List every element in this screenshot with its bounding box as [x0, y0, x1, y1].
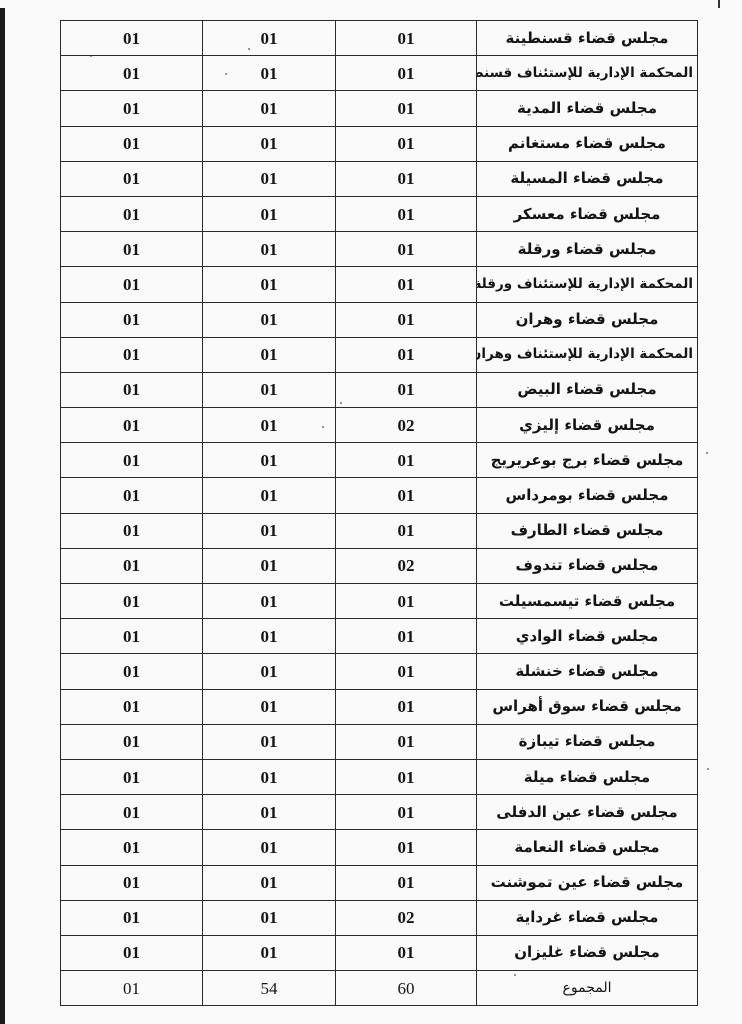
court-name-cell: مجلس قضاء عين تموشنت: [477, 865, 698, 900]
total-label-cell: المجموع: [477, 971, 698, 1006]
value-cell-col2: 01: [203, 619, 336, 654]
court-name-cell: مجلس قضاء قسنطينة: [477, 21, 698, 56]
value-cell-col1: 01: [61, 232, 203, 267]
value-cell-col3: 01: [336, 689, 477, 724]
court-name-cell: مجلس قضاء المسيلة: [477, 161, 698, 196]
court-name-cell: مجلس قضاء إليزي: [477, 408, 698, 443]
table-row: 010101مجلس قضاء المسيلة: [61, 161, 698, 196]
table-row: 010101مجلس قضاء تيبازة: [61, 724, 698, 759]
value-cell-col3: 02: [336, 548, 477, 583]
value-cell-col3: 01: [336, 337, 477, 372]
table-row: 010101مجلس قضاء ورقلة: [61, 232, 698, 267]
value-cell-col1: 01: [61, 161, 203, 196]
court-name-cell: مجلس قضاء خنشلة: [477, 654, 698, 689]
table-row: 010101المحكمة الإدارية للإستئناف ورقلة: [61, 267, 698, 302]
value-cell-col1: 01: [61, 126, 203, 161]
value-cell-col1: 01: [61, 865, 203, 900]
value-cell-col1: 01: [61, 830, 203, 865]
value-cell-col2: 01: [203, 478, 336, 513]
value-cell-col2: 01: [203, 21, 336, 56]
value-cell-col2: 01: [203, 513, 336, 548]
court-name-cell: مجلس قضاء بومرداس: [477, 478, 698, 513]
value-cell-col2: 01: [203, 196, 336, 231]
value-cell-col3: 60: [336, 971, 477, 1006]
table-row: 010101مجلس قضاء بومرداس: [61, 478, 698, 513]
value-cell-col3: 01: [336, 21, 477, 56]
value-cell-col1: 01: [61, 689, 203, 724]
value-cell-col3: 01: [336, 584, 477, 619]
value-cell-col2: 01: [203, 795, 336, 830]
court-name-cell: مجلس قضاء المدية: [477, 91, 698, 126]
value-cell-col2: 01: [203, 408, 336, 443]
table-row: 010101مجلس قضاء خنشلة: [61, 654, 698, 689]
court-name-cell: مجلس قضاء ورقلة: [477, 232, 698, 267]
table-row: 010101مجلس قضاء الطارف: [61, 513, 698, 548]
value-cell-col3: 01: [336, 56, 477, 91]
value-cell-col3: 01: [336, 830, 477, 865]
value-cell-col3: 02: [336, 900, 477, 935]
table-row: 010101مجلس قضاء عين الدفلى: [61, 795, 698, 830]
scan-speck: [707, 768, 709, 770]
value-cell-col1: 01: [61, 548, 203, 583]
court-name-cell: مجلس قضاء برج بوعريريج: [477, 443, 698, 478]
value-cell-col1: 01: [61, 654, 203, 689]
table-body: 010101مجلس قضاء قسنطينة010101المحكمة الإ…: [61, 21, 698, 1006]
value-cell-col2: 01: [203, 865, 336, 900]
value-cell-col2: 01: [203, 759, 336, 794]
value-cell-col1: 01: [61, 619, 203, 654]
value-cell-col2: 01: [203, 900, 336, 935]
table-row: 010102مجلس قضاء إليزي: [61, 408, 698, 443]
value-cell-col1: 01: [61, 56, 203, 91]
court-name-cell: مجلس قضاء الوادي: [477, 619, 698, 654]
value-cell-col2: 01: [203, 126, 336, 161]
value-cell-col1: 01: [61, 513, 203, 548]
table-row: 010101مجلس قضاء سوق أهراس: [61, 689, 698, 724]
value-cell-col2: 01: [203, 161, 336, 196]
table-row: 010101المحكمة الإدارية للإستئناف وهران: [61, 337, 698, 372]
value-cell-col1: 01: [61, 372, 203, 407]
value-cell-col3: 02: [336, 408, 477, 443]
value-cell-col1: 01: [61, 91, 203, 126]
value-cell-col2: 01: [203, 830, 336, 865]
table-row: 010101المحكمة الإدارية للإستئناف قسنطينة: [61, 56, 698, 91]
value-cell-col2: 01: [203, 654, 336, 689]
value-cell-col1: 01: [61, 196, 203, 231]
value-cell-col2: 01: [203, 689, 336, 724]
table-row: 010102مجلس قضاء تندوف: [61, 548, 698, 583]
value-cell-col2: 01: [203, 267, 336, 302]
table-row: 010101مجلس قضاء عين تموشنت: [61, 865, 698, 900]
scan-edge-shadow: [0, 8, 5, 1024]
value-cell-col1: 01: [61, 795, 203, 830]
value-cell-col1: 01: [61, 478, 203, 513]
court-name-cell: المحكمة الإدارية للإستئناف وهران: [477, 337, 698, 372]
value-cell-col2: 54: [203, 971, 336, 1006]
value-cell-col1: 01: [61, 267, 203, 302]
value-cell-col2: 01: [203, 302, 336, 337]
value-cell-col3: 01: [336, 91, 477, 126]
value-cell-col3: 01: [336, 654, 477, 689]
value-cell-col1: 01: [61, 584, 203, 619]
value-cell-col3: 01: [336, 513, 477, 548]
value-cell-col2: 01: [203, 91, 336, 126]
court-name-cell: مجلس قضاء تندوف: [477, 548, 698, 583]
value-cell-col2: 01: [203, 443, 336, 478]
table-row: 010102مجلس قضاء غرداية: [61, 900, 698, 935]
table-row: 010101مجلس قضاء المدية: [61, 91, 698, 126]
value-cell-col3: 01: [336, 196, 477, 231]
value-cell-col3: 01: [336, 443, 477, 478]
table-row: 010101مجلس قضاء تيسمسيلت: [61, 584, 698, 619]
value-cell-col1: 01: [61, 724, 203, 759]
court-name-cell: مجلس قضاء النعامة: [477, 830, 698, 865]
value-cell-col3: 01: [336, 935, 477, 970]
court-name-cell: مجلس قضاء عين الدفلى: [477, 795, 698, 830]
table-row: 010101مجلس قضاء مستغانم: [61, 126, 698, 161]
table-row: 010101مجلس قضاء معسكر: [61, 196, 698, 231]
value-cell-col3: 01: [336, 619, 477, 654]
court-name-cell: مجلس قضاء تيسمسيلت: [477, 584, 698, 619]
value-cell-col3: 01: [336, 267, 477, 302]
court-name-cell: مجلس قضاء غليزان: [477, 935, 698, 970]
value-cell-col3: 01: [336, 865, 477, 900]
court-name-cell: مجلس قضاء ميلة: [477, 759, 698, 794]
value-cell-col3: 01: [336, 126, 477, 161]
value-cell-col3: 01: [336, 478, 477, 513]
table-row: 010101مجلس قضاء برج بوعريريج: [61, 443, 698, 478]
court-name-cell: المحكمة الإدارية للإستئناف ورقلة: [477, 267, 698, 302]
value-cell-col2: 01: [203, 548, 336, 583]
value-cell-col1: 01: [61, 408, 203, 443]
value-cell-col1: 01: [61, 900, 203, 935]
scan-speck: [706, 452, 708, 454]
value-cell-col1: 01: [61, 337, 203, 372]
court-name-cell: مجلس قضاء الطارف: [477, 513, 698, 548]
value-cell-col1: 01: [61, 971, 203, 1006]
value-cell-col2: 01: [203, 232, 336, 267]
value-cell-col3: 01: [336, 759, 477, 794]
value-cell-col1: 01: [61, 302, 203, 337]
scan-mark: [718, 0, 720, 8]
table-row: 010101مجلس قضاء قسنطينة: [61, 21, 698, 56]
court-name-cell: مجلس قضاء وهران: [477, 302, 698, 337]
value-cell-col2: 01: [203, 584, 336, 619]
court-name-cell: المحكمة الإدارية للإستئناف قسنطينة: [477, 56, 698, 91]
court-name-cell: مجلس قضاء معسكر: [477, 196, 698, 231]
value-cell-col1: 01: [61, 443, 203, 478]
value-cell-col2: 01: [203, 724, 336, 759]
value-cell-col3: 01: [336, 161, 477, 196]
court-name-cell: مجلس قضاء البيض: [477, 372, 698, 407]
value-cell-col1: 01: [61, 935, 203, 970]
table-total-row: 015460المجموع: [61, 971, 698, 1006]
table-row: 010101مجلس قضاء ميلة: [61, 759, 698, 794]
value-cell-col2: 01: [203, 56, 336, 91]
table-row: 010101مجلس قضاء النعامة: [61, 830, 698, 865]
value-cell-col3: 01: [336, 302, 477, 337]
court-name-cell: مجلس قضاء مستغانم: [477, 126, 698, 161]
table-row: 010101مجلس قضاء الوادي: [61, 619, 698, 654]
court-name-cell: مجلس قضاء سوق أهراس: [477, 689, 698, 724]
court-name-cell: مجلس قضاء غرداية: [477, 900, 698, 935]
value-cell-col3: 01: [336, 232, 477, 267]
courts-table: 010101مجلس قضاء قسنطينة010101المحكمة الإ…: [60, 20, 698, 1006]
table-row: 010101مجلس قضاء وهران: [61, 302, 698, 337]
value-cell-col2: 01: [203, 372, 336, 407]
table-row: 010101مجلس قضاء غليزان: [61, 935, 698, 970]
value-cell-col2: 01: [203, 935, 336, 970]
value-cell-col3: 01: [336, 724, 477, 759]
table-row: 010101مجلس قضاء البيض: [61, 372, 698, 407]
value-cell-col1: 01: [61, 759, 203, 794]
value-cell-col2: 01: [203, 337, 336, 372]
value-cell-col3: 01: [336, 372, 477, 407]
court-name-cell: مجلس قضاء تيبازة: [477, 724, 698, 759]
value-cell-col3: 01: [336, 795, 477, 830]
value-cell-col1: 01: [61, 21, 203, 56]
